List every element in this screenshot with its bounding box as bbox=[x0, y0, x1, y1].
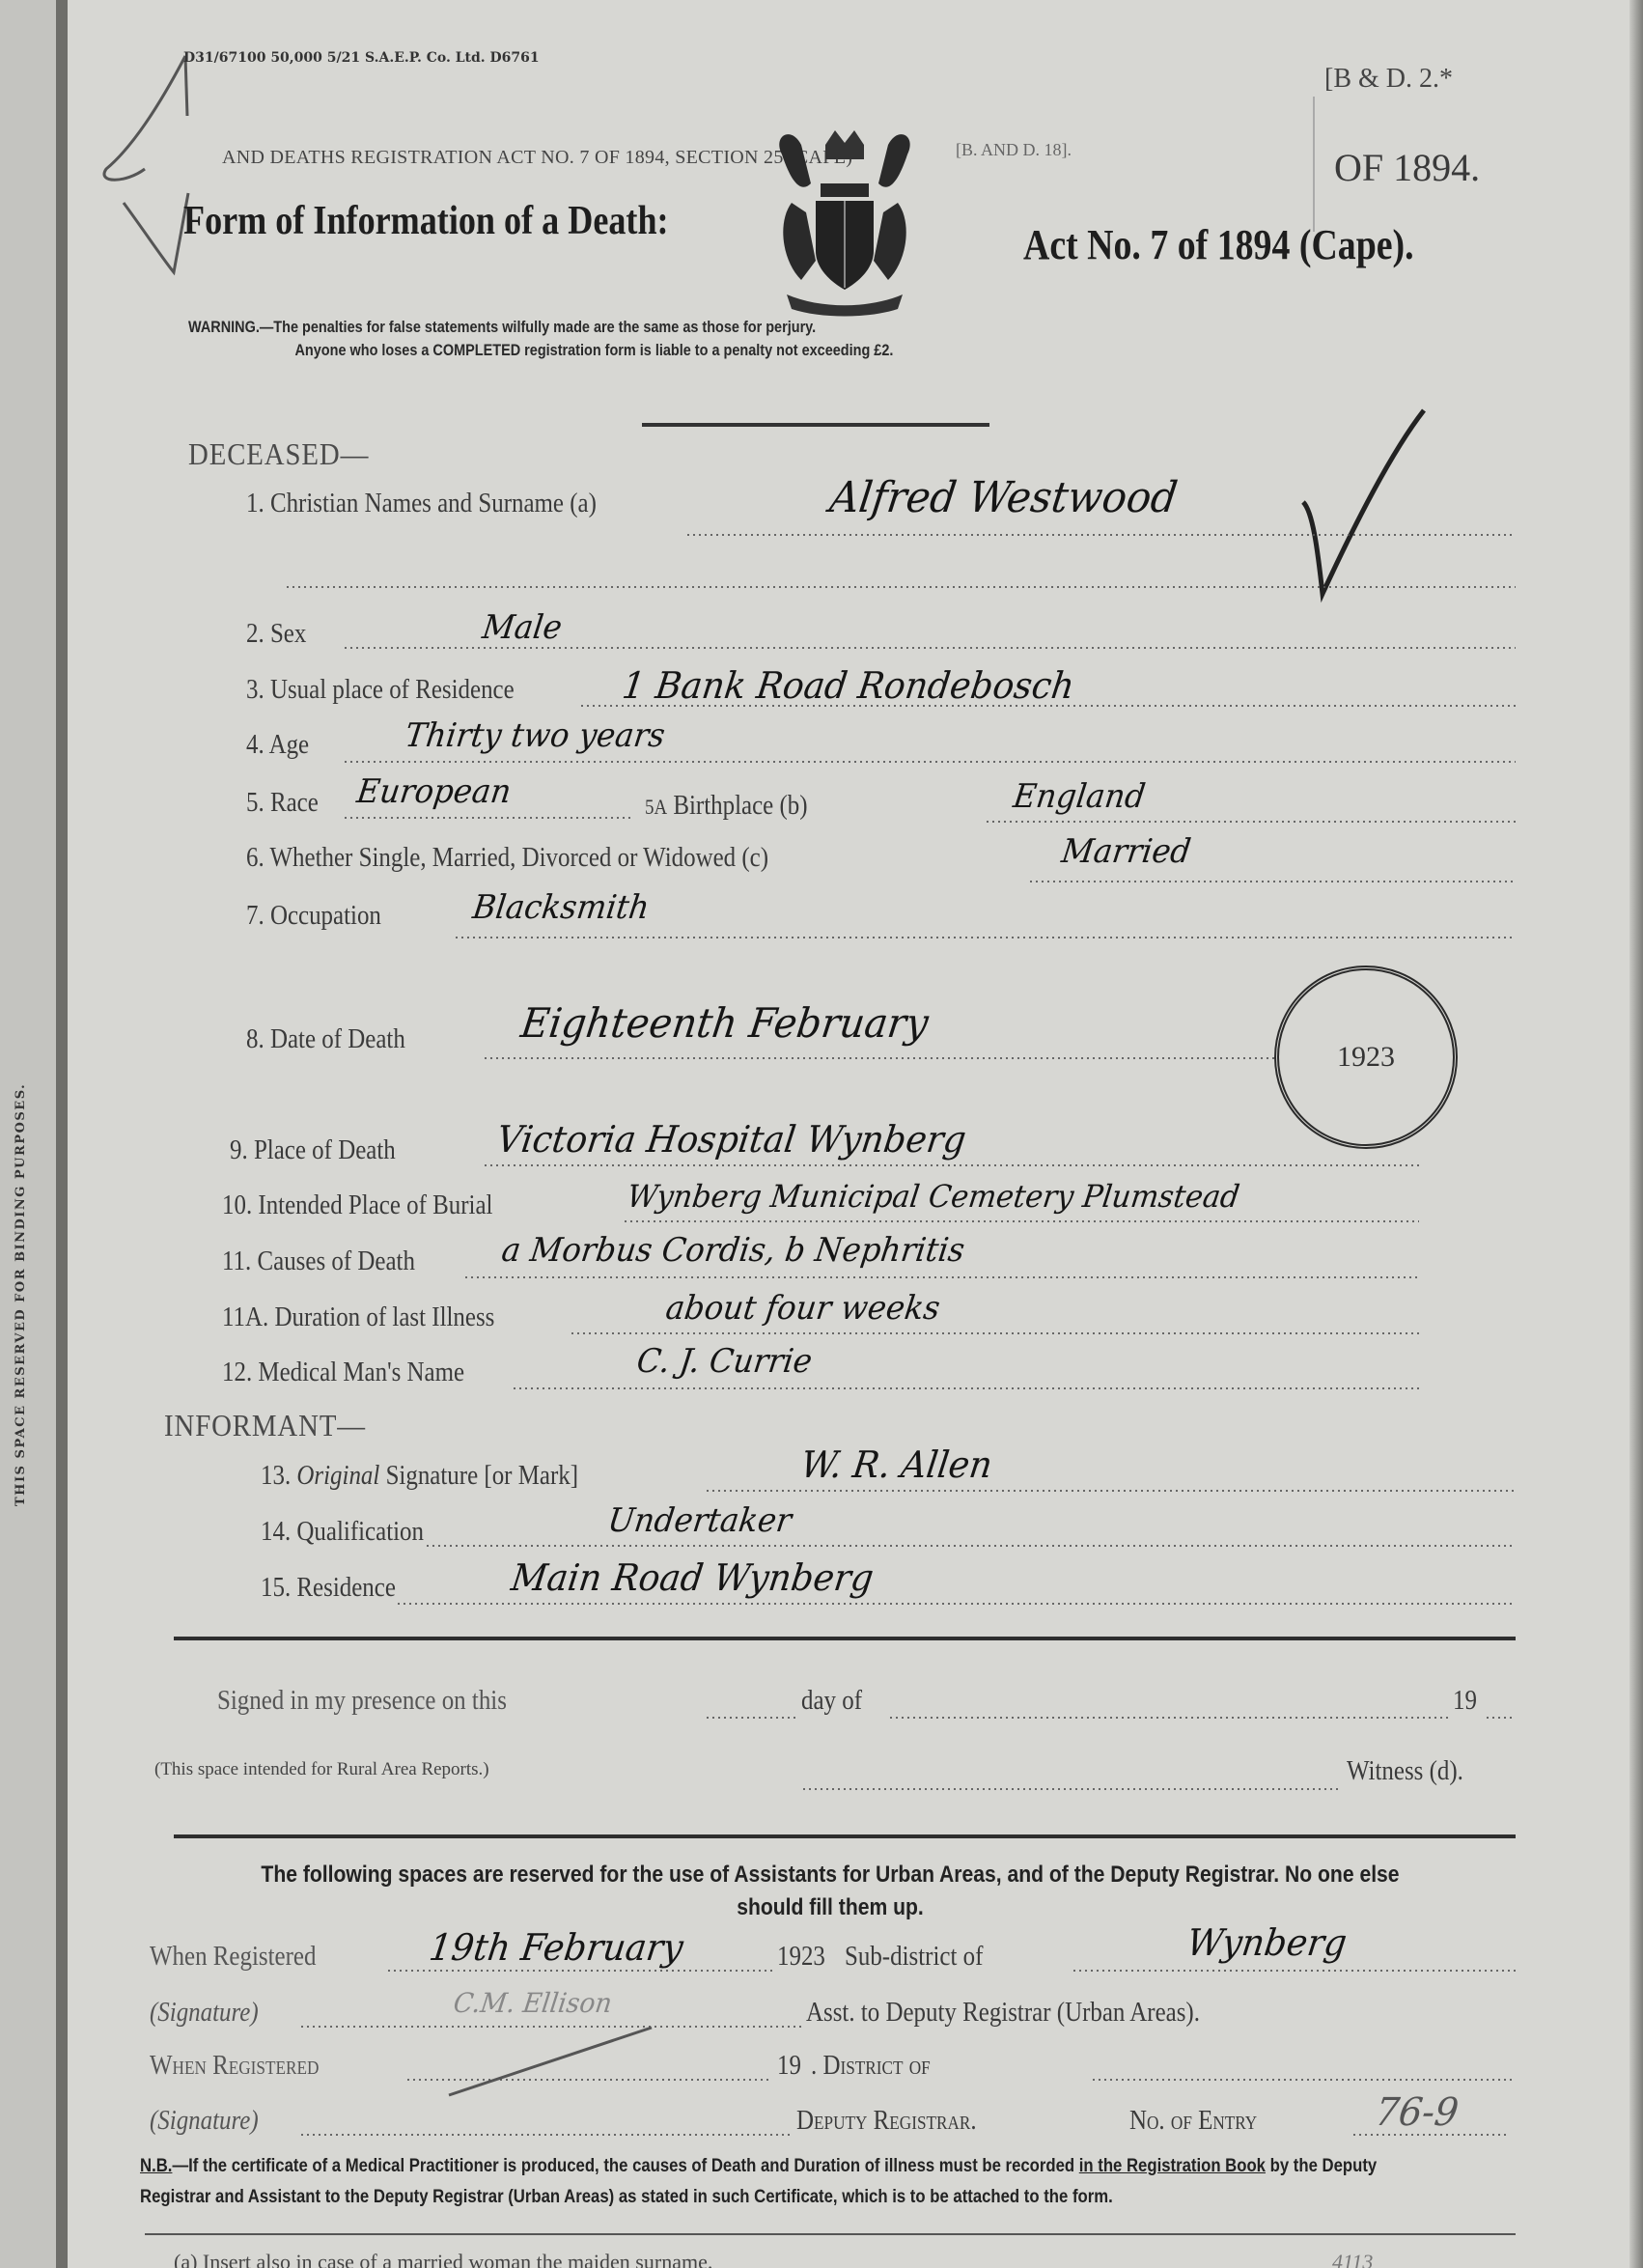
dotted-line bbox=[888, 1717, 1448, 1719]
nb-underlined: in the Registration Book bbox=[1079, 2156, 1266, 2176]
subdistrict-label: Sub-district of bbox=[845, 1941, 983, 1973]
subdistrict-value[interactable]: Wynberg bbox=[1184, 1921, 1350, 1964]
signature-label-2: (Signature) bbox=[150, 2105, 259, 2137]
field-label-date-of-death: 8. Date of Death bbox=[246, 1023, 405, 1055]
dotted-line bbox=[1485, 1717, 1514, 1719]
field-value-informant-residence[interactable]: Main Road Wynberg bbox=[509, 1556, 876, 1599]
dotted-line bbox=[570, 1332, 1419, 1334]
field-label-age: 4. Age bbox=[246, 729, 309, 761]
field-value-occupation[interactable]: Blacksmith bbox=[470, 888, 652, 927]
dotted-line bbox=[396, 1603, 1516, 1605]
dotted-line bbox=[1091, 2079, 1516, 2081]
registered-year: 1923 bbox=[777, 1941, 825, 1973]
strike-through-mark-icon bbox=[444, 2023, 656, 2100]
page-edge-shadow bbox=[56, 0, 68, 2268]
deceased-heading: DECEASED— bbox=[188, 436, 369, 472]
act-title: Act No. 7 of 1894 (Cape). bbox=[1023, 220, 1414, 269]
year-stamp: 1923 bbox=[1274, 966, 1458, 1149]
field-label-informant-residence: 15. Residence bbox=[261, 1572, 396, 1604]
field-value-name[interactable]: Alfred Westwood bbox=[827, 473, 1181, 522]
rural-area-note: (This space intended for Rural Area Repo… bbox=[154, 1759, 489, 1780]
field-label-burial: 10. Intended Place of Burial bbox=[222, 1190, 492, 1221]
dotted-line bbox=[1072, 1970, 1516, 1972]
dotted-line bbox=[623, 1220, 1419, 1222]
field-value-signature[interactable]: W. R. Allen bbox=[798, 1443, 995, 1486]
faint-form-code: [B. AND D. 18]. bbox=[956, 140, 1072, 160]
field-value-duration[interactable]: about four weeks bbox=[663, 1289, 942, 1328]
dotted-line bbox=[454, 937, 1516, 938]
section-divider bbox=[642, 423, 989, 427]
footnote-a: (a) Insert also in case of a married wom… bbox=[174, 2250, 712, 2268]
field-label-medical-man: 12. Medical Man's Name bbox=[222, 1357, 464, 1388]
section-divider bbox=[174, 1637, 1516, 1640]
dotted-line bbox=[343, 817, 632, 819]
field-label-name: 1. Christian Names and Surname (a) bbox=[246, 488, 597, 519]
field-value-burial[interactable]: Wynberg Municipal Cemetery Plumstead bbox=[625, 1178, 1241, 1215]
field-label-residence: 3. Usual place of Residence bbox=[246, 674, 515, 706]
field-label-qualification: 14. Qualification bbox=[261, 1516, 424, 1548]
field-value-residence[interactable]: 1 Bank Road Rondebosch bbox=[620, 664, 1076, 707]
field-label-duration: 11A. Duration of last Illness bbox=[222, 1302, 494, 1333]
field-value-place-of-death[interactable]: Victoria Hospital Wynberg bbox=[494, 1118, 968, 1161]
informant-heading: INFORMANT— bbox=[164, 1408, 366, 1443]
signed-presence-label: Signed in my presence on this bbox=[217, 1685, 507, 1717]
page-title: Form of Information of a Death: bbox=[183, 198, 669, 244]
witness-label: Witness (d). bbox=[1347, 1755, 1463, 1787]
field-value-birthplace[interactable]: England bbox=[1011, 777, 1147, 816]
field-label-sex: 2. Sex bbox=[246, 618, 306, 650]
district-label: . District of bbox=[811, 2050, 931, 2082]
checkmark-icon bbox=[1294, 406, 1429, 608]
dotted-line bbox=[512, 1387, 1419, 1389]
warning-notice: WARNING.—The penalties for false stateme… bbox=[188, 316, 893, 362]
dotted-line bbox=[483, 1164, 1419, 1166]
dotted-line bbox=[685, 534, 1516, 536]
when-registered-label-2: When Registered bbox=[150, 2050, 319, 2082]
field-label-race: 5. Race bbox=[246, 787, 319, 819]
field-value-date-of-death[interactable]: Eighteenth February bbox=[518, 999, 932, 1047]
field-value-causes[interactable]: a Morbus Cordis, b Nephritis bbox=[499, 1231, 966, 1270]
field-value-qualification[interactable]: Undertaker bbox=[605, 1501, 794, 1540]
dotted-line bbox=[463, 1276, 1419, 1278]
when-registered-value[interactable]: 19th February bbox=[427, 1926, 685, 1969]
field-label-signature: 13. Original Signature [or Mark] bbox=[261, 1460, 578, 1492]
entry-number-label: No. of Entry bbox=[1129, 2105, 1257, 2137]
field-label-occupation: 7. Occupation bbox=[246, 900, 381, 932]
section-divider bbox=[174, 1834, 1516, 1838]
entry-number-value[interactable]: 76-9 bbox=[1373, 2090, 1462, 2135]
registered-year-2: 19 bbox=[777, 2050, 801, 2082]
warning-line-1: WARNING.—The penalties for false stateme… bbox=[188, 316, 893, 339]
year-prefix: 19 bbox=[1453, 1685, 1477, 1717]
binding-margin bbox=[0, 0, 62, 2268]
field-label-causes: 11. Causes of Death bbox=[222, 1246, 415, 1277]
deputy-registrar-label: Deputy Registrar. bbox=[796, 2105, 977, 2137]
dotted-line bbox=[705, 1490, 1516, 1492]
asst-registrar-label: Asst. to Deputy Registrar (Urban Areas). bbox=[806, 1997, 1200, 2029]
field-value-medical-man[interactable]: C. J. Currie bbox=[634, 1342, 814, 1381]
header-divider bbox=[1313, 97, 1315, 232]
field-value-race[interactable]: European bbox=[354, 772, 513, 811]
signature-label: (Signature) bbox=[150, 1997, 259, 2029]
dotted-line bbox=[285, 586, 1516, 588]
day-of-label: day of bbox=[801, 1685, 862, 1717]
reserved-note: The following spaces are reserved for th… bbox=[253, 1859, 1408, 1924]
coat-of-arms-icon bbox=[763, 116, 927, 319]
dotted-line bbox=[985, 821, 1516, 823]
dotted-line bbox=[483, 1057, 1274, 1059]
dotted-line bbox=[343, 761, 1516, 763]
death-information-form: D31/67100 50,000 5/21 S.A.E.P. Co. Ltd. … bbox=[68, 0, 1629, 2268]
dotted-line bbox=[343, 647, 1516, 649]
dotted-line bbox=[386, 1970, 772, 1972]
field-value-age[interactable]: Thirty two years bbox=[403, 716, 667, 755]
field-label-birthplace: 5A Birthplace (b) bbox=[645, 790, 808, 822]
faint-of-year: OF 1894. bbox=[1334, 145, 1480, 190]
warning-line-2: Anyone who loses a COMPLETED registratio… bbox=[188, 339, 893, 362]
nb-text-1: —If the certificate of a Medical Practit… bbox=[172, 2156, 1078, 2176]
nb-note: N.B.—If the certificate of a Medical Pra… bbox=[140, 2151, 1389, 2213]
nb-prefix: N.B. bbox=[140, 2156, 172, 2176]
form-code: [B & D. 2.* bbox=[1324, 64, 1453, 95]
footnote-divider bbox=[145, 2233, 1516, 2235]
right-edge-shadow bbox=[1629, 0, 1643, 2268]
field-value-sex[interactable]: Male bbox=[480, 608, 564, 647]
signature-value[interactable]: C.M. Ellison bbox=[452, 1987, 614, 2019]
margin-annotation: 4113 bbox=[1332, 2250, 1373, 2268]
dotted-line bbox=[299, 2134, 792, 2136]
when-registered-label: When Registered bbox=[150, 1941, 316, 1973]
printer-imprint: D31/67100 50,000 5/21 S.A.E.P. Co. Ltd. … bbox=[183, 50, 540, 66]
field-label-marital-status: 6. Whether Single, Married, Divorced or … bbox=[246, 842, 768, 874]
dotted-line bbox=[801, 1788, 1342, 1790]
dotted-line bbox=[705, 1717, 796, 1719]
field-label-place-of-death: 9. Place of Death bbox=[230, 1134, 396, 1166]
faint-act-line: AND DEATHS REGISTRATION ACT NO. 7 OF 189… bbox=[222, 147, 852, 169]
dotted-line bbox=[1028, 881, 1516, 882]
field-value-marital-status[interactable]: Married bbox=[1059, 832, 1193, 871]
binding-note: THIS SPACE RESERVED FOR BINDING PURPOSES… bbox=[14, 966, 28, 1506]
dotted-line bbox=[425, 1545, 1516, 1547]
pencil-mark-icon bbox=[68, 0, 261, 290]
